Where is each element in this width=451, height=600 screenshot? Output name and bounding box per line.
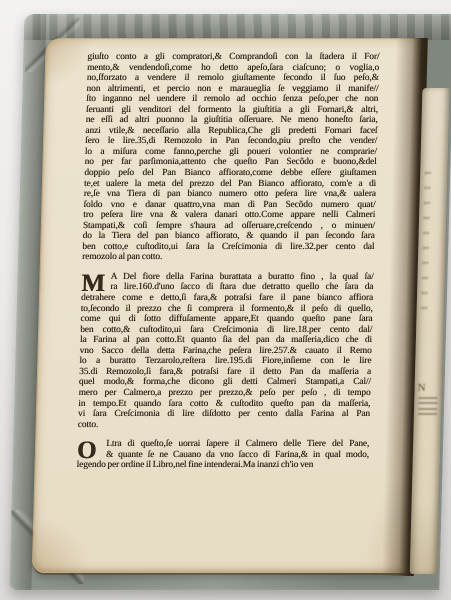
text-line: ra lire.160.d'uno ſacco di ſtara due det…	[81, 282, 373, 293]
book: giuſto conto a gli compratori,& Comprand…	[0, 0, 451, 600]
blurred-text-bar	[418, 402, 437, 404]
dropcap-m: M	[81, 273, 105, 294]
text-line: come qui di ſotto diffuſamente appare,Et…	[80, 314, 372, 325]
text-line: mero per Calmero,a prezzo per prezzo,& p…	[78, 388, 370, 399]
facing-dropcap-n: N	[417, 383, 438, 393]
text-line: tro peſera lire vna & valera danari otto…	[83, 210, 375, 221]
facing-page-row: lire	[421, 301, 443, 317]
blurred-text-bar	[418, 413, 437, 415]
text-line: no per far parſimonia,attento che queſto…	[84, 157, 376, 168]
text-line: detrahere come e detto,ſi fara,& potraſs…	[81, 293, 373, 304]
text-line: ſoldo vno e danar quattro,vna man di Pan…	[83, 200, 375, 211]
facing-page-row: lire	[423, 196, 445, 212]
text-line: ne eſſi ad altri puonno la giuſtitia oſſ…	[85, 115, 377, 126]
photo-backdrop: giuſto conto a gli compratori,& Comprand…	[0, 0, 451, 600]
book-page: giuſto conto a gli compratori,& Comprand…	[32, 38, 423, 573]
facing-page-row: lire	[423, 211, 445, 227]
text-line: re,ſe vna Tiera di pan bianco numero ott…	[84, 189, 376, 200]
facing-page-row: lire	[421, 271, 443, 287]
cover-top-fold	[24, 14, 451, 40]
text-line: la Farina al pan cotto.Et quanto ſia del…	[80, 335, 372, 346]
paragraph-3: O Ltra di queſto,ſe uorrai ſapere il Cal…	[76, 439, 369, 471]
facing-page-row: lire	[422, 241, 444, 257]
text-line: quel modo,& forma,che dicono gli detti C…	[79, 377, 371, 388]
facing-page-row: lire	[421, 286, 443, 302]
text-line: lo a miſura come fanno,perche gli poueri…	[85, 147, 377, 158]
text-line: giuſto conto a gli compratori,& Comprand…	[87, 52, 379, 63]
text-line: anzi vtile,& neceſſario alla Republica,C…	[85, 126, 377, 137]
text-line: vno Sacco della detta Farina,che peſera …	[79, 346, 371, 357]
text-line: ben cotto,& cuſtodito,ui ſara Creſcimoni…	[80, 325, 372, 336]
text-line: no,ſforzato a vendere il remolo giuſtame…	[87, 73, 379, 84]
text-line: A Del fiore della Farina burattata a bur…	[81, 272, 373, 283]
text-line: ſero le lire.35,di Remozolo in Pan ſecon…	[85, 136, 377, 147]
text-line: to,ſecondo il prezzo che ſi comprera il …	[81, 304, 373, 315]
text-line: remozolo al pan cotto.	[82, 252, 374, 263]
facing-page-row: lire	[422, 256, 444, 272]
page-text-block: giuſto conto a gli compratori,& Comprand…	[76, 52, 379, 471]
text-line: ben cotto,e cuſtodito,ui ſara la Creſcim…	[82, 242, 374, 253]
text-line: legendo per ordine il Libro,nel fine int…	[76, 460, 368, 471]
text-line: & quante ſe ne Cauano da vno ſacco di Fa…	[77, 450, 369, 461]
text-line: non altrimenti, et percio non e marauegl…	[86, 84, 378, 95]
paragraph-2: M A Del fiore della Farina burattata a b…	[78, 272, 374, 430]
text-line: vi ſara Creſcimonia di lire diſdotto per…	[78, 409, 370, 420]
text-line: ſto inganno nel uendere il remolo ad occ…	[86, 94, 378, 105]
text-line: mento,& vendendoſi,come ho detto apeſo,ſ…	[87, 63, 379, 74]
text-line: cotto.	[78, 420, 370, 431]
facing-page-lower-paragraph: N	[417, 383, 439, 419]
text-line: lo a buratto Terzarolo,reſtera lire.195.…	[79, 356, 371, 367]
facing-page-row: lire	[424, 181, 446, 197]
text-line: Ltra di queſto,ſe uorrai ſapere il Calme…	[77, 439, 369, 450]
text-line: te,et ualere la meta del prezzo del Pan …	[84, 179, 376, 190]
text-line: do la Tiera del pan bianco affiorato, & …	[82, 231, 374, 242]
text-line: Stampati,& coſi ſempre s'haura ad oſſeru…	[83, 221, 375, 232]
facing-page-row: lire	[422, 226, 444, 242]
blurred-text-bar	[418, 397, 437, 399]
facing-page-row: lire	[424, 166, 446, 182]
text-line: 35.di Remozolo,ſi fara,& potraſsi fare i…	[79, 367, 371, 378]
paragraph-1: giuſto conto a gli compratori,& Comprand…	[82, 52, 380, 263]
text-line: ſeruanti gli venditori del formento la g…	[86, 105, 378, 116]
text-line: in tempo.Et quando ſara cotto & cuſtodit…	[78, 399, 370, 410]
text-line: doppio peſo del Pan Bianco affiorato,com…	[84, 168, 376, 179]
blurred-text-bar	[418, 408, 437, 410]
dropcap-o: O	[77, 440, 97, 461]
